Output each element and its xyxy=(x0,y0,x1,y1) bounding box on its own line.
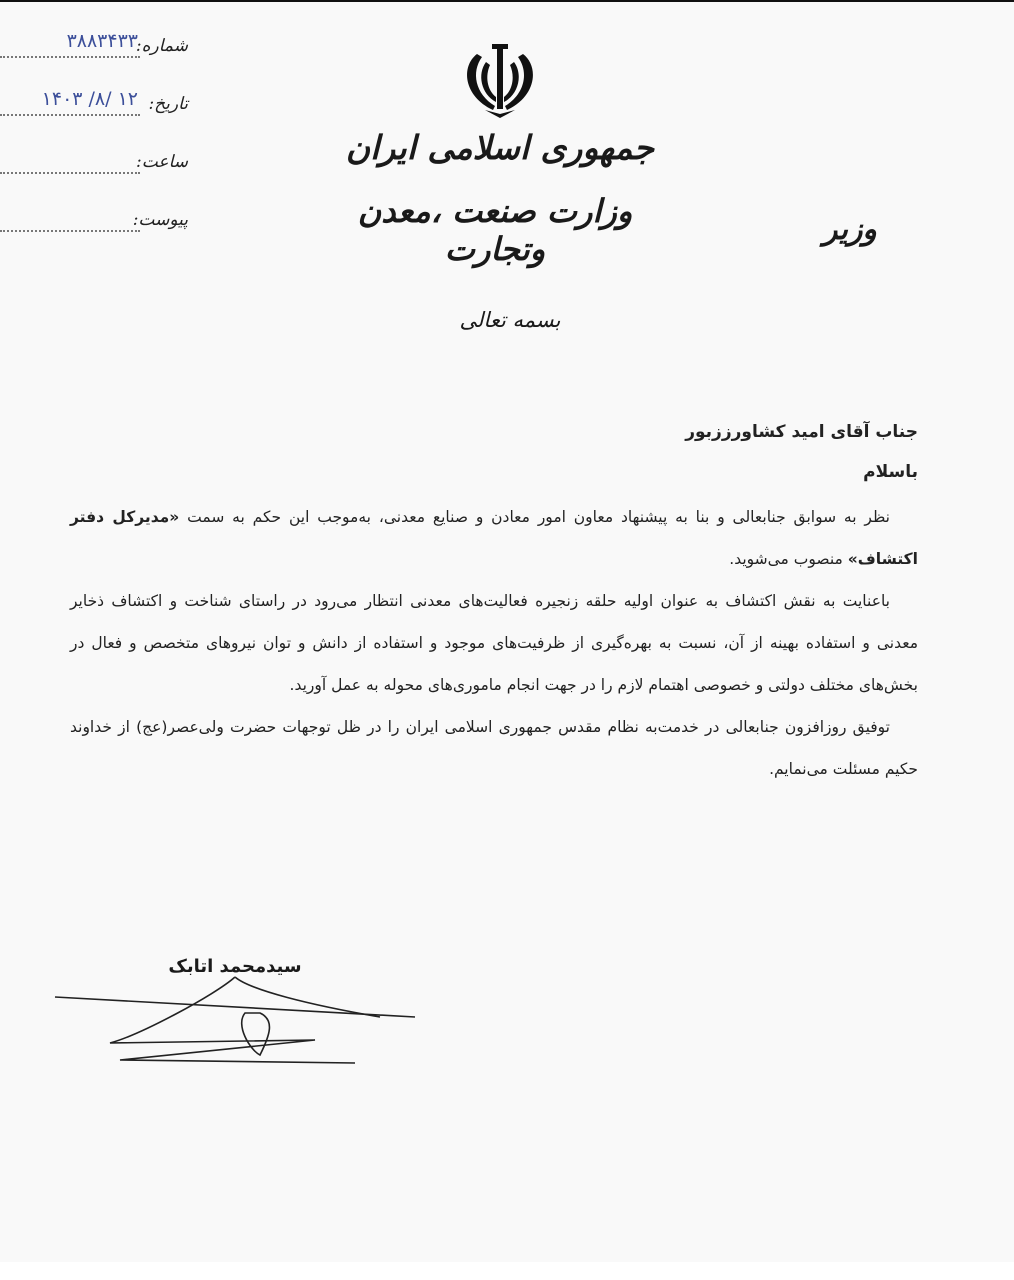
dotted-line xyxy=(0,172,140,174)
paragraph-appointment: نظر به سوابق جنابعالی و بنا به پیشنهاد م… xyxy=(70,496,918,580)
paragraph-closing: توفیق روزافزون جنابعالی در خدمت‌به نظام … xyxy=(70,706,918,790)
sender-title: وزیر xyxy=(790,212,910,247)
dotted-line xyxy=(0,230,140,232)
meta-date: تاریخ: ۱۴۰۳ /۸/ ۱۲ xyxy=(0,86,200,144)
iran-emblem-icon xyxy=(455,40,545,120)
date-value: ۱۴۰۳ /۸/ ۱۲ xyxy=(42,88,138,110)
dotted-line xyxy=(0,56,140,58)
top-border xyxy=(0,0,1014,2)
attachment-label: پیوست: xyxy=(133,210,188,230)
ministry-name: وزارت صنعت ،معدن وتجارت xyxy=(320,192,670,268)
paragraph-text: منصوب می‌شوید. xyxy=(729,550,847,568)
meta-number: شماره: ۳۸۸۳۴۳۳ xyxy=(0,28,200,86)
letter-meta: شماره: ۳۸۸۳۴۳۳ تاریخ: ۱۴۰۳ /۸/ ۱۲ ساعت: … xyxy=(0,28,200,260)
letter-body: جناب آقای امید کشاورززبور باسلام نظر به … xyxy=(70,412,918,790)
invocation: بسمه تعالی xyxy=(430,308,590,332)
number-value: ۳۸۸۳۴۳۳ xyxy=(67,30,138,52)
paragraph-text: نظر به سوابق جنابعالی و بنا به پیشنهاد م… xyxy=(179,508,890,526)
date-label: تاریخ: xyxy=(148,94,188,114)
signer-name: سیدمحمد اتابک xyxy=(150,956,320,977)
country-name: جمهوری اسلامی ایران xyxy=(330,128,670,167)
page-bottom xyxy=(0,1262,1014,1280)
time-label: ساعت: xyxy=(136,152,188,172)
number-label: شماره: xyxy=(136,36,188,56)
meta-attachment: پیوست: xyxy=(0,202,200,260)
dotted-line xyxy=(0,114,140,116)
paragraph-duties: باعنایت به نقش اکتشاف به عنوان اولیه حلق… xyxy=(70,580,918,706)
greeting: باسلام xyxy=(70,452,918,492)
meta-time: ساعت: xyxy=(0,144,200,202)
signature-icon xyxy=(50,975,430,1065)
addressee: جناب آقای امید کشاورززبور xyxy=(70,412,918,452)
